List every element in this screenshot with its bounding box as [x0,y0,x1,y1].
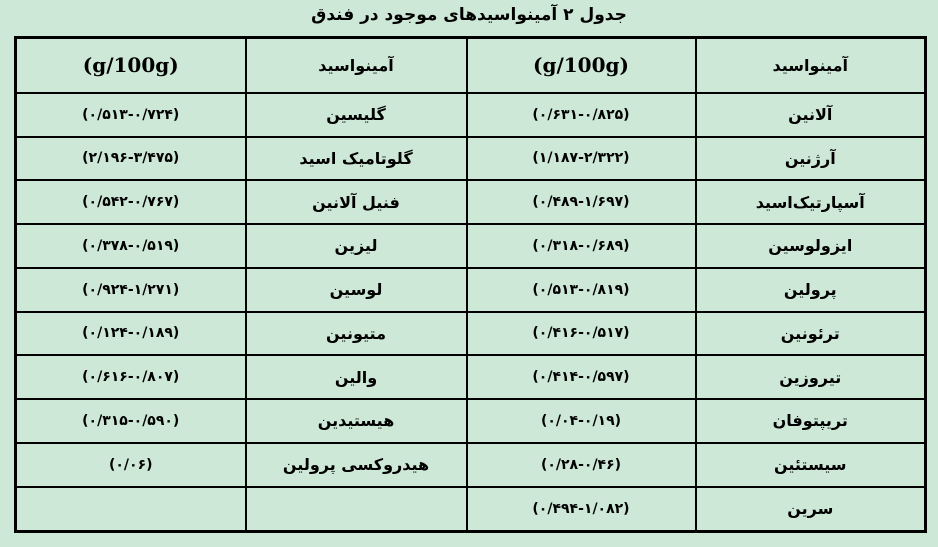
amino-name-cell: پرولین [696,268,926,312]
amino-name-cell: سرین [696,487,926,532]
table-row: (۰/۳۷۸-۰/۵۱۹)لیزین(۰/۳۱۸-۰/۶۸۹)ایزولوسین [16,224,926,268]
amino-value-cell: (۰/۳۷۸-۰/۵۱۹) [16,224,246,268]
amino-value-cell: (۱/۱۸۷-۲/۳۲۲) [467,137,696,181]
amino-value-cell: (۰/۱۲۴-۰/۱۸۹) [16,312,246,356]
amino-value-cell: (۰/۴۸۹-۱/۶۹۷) [467,180,696,224]
header-row: (g/100g) آمینواسید (g/100g) آمینواسید [16,38,926,93]
amino-name-cell: آلانین [696,93,926,137]
table-row: (۰/۰۶)هیدروکسی پرولین(۰/۲۸-۰/۴۶)سیستئین [16,443,926,487]
amino-value-cell: (۰/۰۶) [16,443,246,487]
amino-name-cell: تریپتوفان [696,399,926,443]
amino-name-cell: فنیل آلانین [246,180,467,224]
amino-name-cell: ترئونین [696,312,926,356]
amino-name-cell [246,487,467,532]
amino-value-cell: (۰/۵۱۳-۰/۸۱۹) [467,268,696,312]
amino-value-cell: (۰/۴۱۶-۰/۵۱۷) [467,312,696,356]
amino-name-cell: والین [246,355,467,399]
amino-name-cell: آسپارتیک‌اسید [696,180,926,224]
amino-value-cell: (۰/۳۱۵-۰/۵۹۰) [16,399,246,443]
amino-value-cell: (۲/۱۹۶-۳/۴۷۵) [16,137,246,181]
amino-acids-table: (g/100g) آمینواسید (g/100g) آمینواسید (۰… [14,36,927,533]
table-row: (۰/۵۱۳-۰/۷۲۴)گلیسین(۰/۶۳۱-۰/۸۲۵)آلانین [16,93,926,137]
table-row: (۰/۵۴۲-۰/۷۶۷)فنیل آلانین(۰/۴۸۹-۱/۶۹۷)آسپ… [16,180,926,224]
amino-value-cell: (۰/۰۴-۰/۱۹) [467,399,696,443]
amino-value-cell: (۰/۲۸-۰/۴۶) [467,443,696,487]
amino-name-cell: سیستئین [696,443,926,487]
amino-value-cell: (۰/۴۱۴-۰/۵۹۷) [467,355,696,399]
amino-value-cell: (۰/۶۳۱-۰/۸۲۵) [467,93,696,137]
amino-value-cell [16,487,246,532]
amino-acid-header-right: آمینواسید [696,38,926,93]
table-row: (۲/۱۹۶-۳/۴۷۵)گلوتامیک اسید(۱/۱۸۷-۲/۳۲۲)آ… [16,137,926,181]
amino-name-cell: هیستیدین [246,399,467,443]
amino-name-cell: ایزولوسین [696,224,926,268]
amino-value-cell: (۰/۵۴۲-۰/۷۶۷) [16,180,246,224]
amino-name-cell: آرژنین [696,137,926,181]
amino-name-cell: گلوتامیک اسید [246,137,467,181]
amino-value-cell: (۰/۴۹۴-۱/۰۸۲) [467,487,696,532]
amino-name-cell: هیدروکسی پرولین [246,443,467,487]
amino-value-cell: (۰/۹۲۴-۱/۲۷۱) [16,268,246,312]
amino-name-cell: لیزین [246,224,467,268]
table-row: (۰/۶۱۶-۰/۸۰۷)والین(۰/۴۱۴-۰/۵۹۷)تیروزین [16,355,926,399]
table-title: جدول ۲ آمینواسیدهای موجود در فندق [0,5,938,25]
table-row: (۰/۱۲۴-۰/۱۸۹)متیونین(۰/۴۱۶-۰/۵۱۷)ترئونین [16,312,926,356]
amino-value-cell: (۰/۳۱۸-۰/۶۸۹) [467,224,696,268]
unit-header-left: (g/100g) [16,38,246,93]
table-row: (۰/۳۱۵-۰/۵۹۰)هیستیدین(۰/۰۴-۰/۱۹)تریپتوفا… [16,399,926,443]
amino-acid-header-left: آمینواسید [246,38,467,93]
amino-name-cell: تیروزین [696,355,926,399]
amino-value-cell: (۰/۶۱۶-۰/۸۰۷) [16,355,246,399]
amino-name-cell: لوسین [246,268,467,312]
table-row: (۰/۹۲۴-۱/۲۷۱)لوسین(۰/۵۱۳-۰/۸۱۹)پرولین [16,268,926,312]
unit-header-right: (g/100g) [467,38,696,93]
amino-name-cell: متیونین [246,312,467,356]
table-row: (۰/۴۹۴-۱/۰۸۲)سرین [16,487,926,532]
amino-name-cell: گلیسین [246,93,467,137]
amino-value-cell: (۰/۵۱۳-۰/۷۲۴) [16,93,246,137]
